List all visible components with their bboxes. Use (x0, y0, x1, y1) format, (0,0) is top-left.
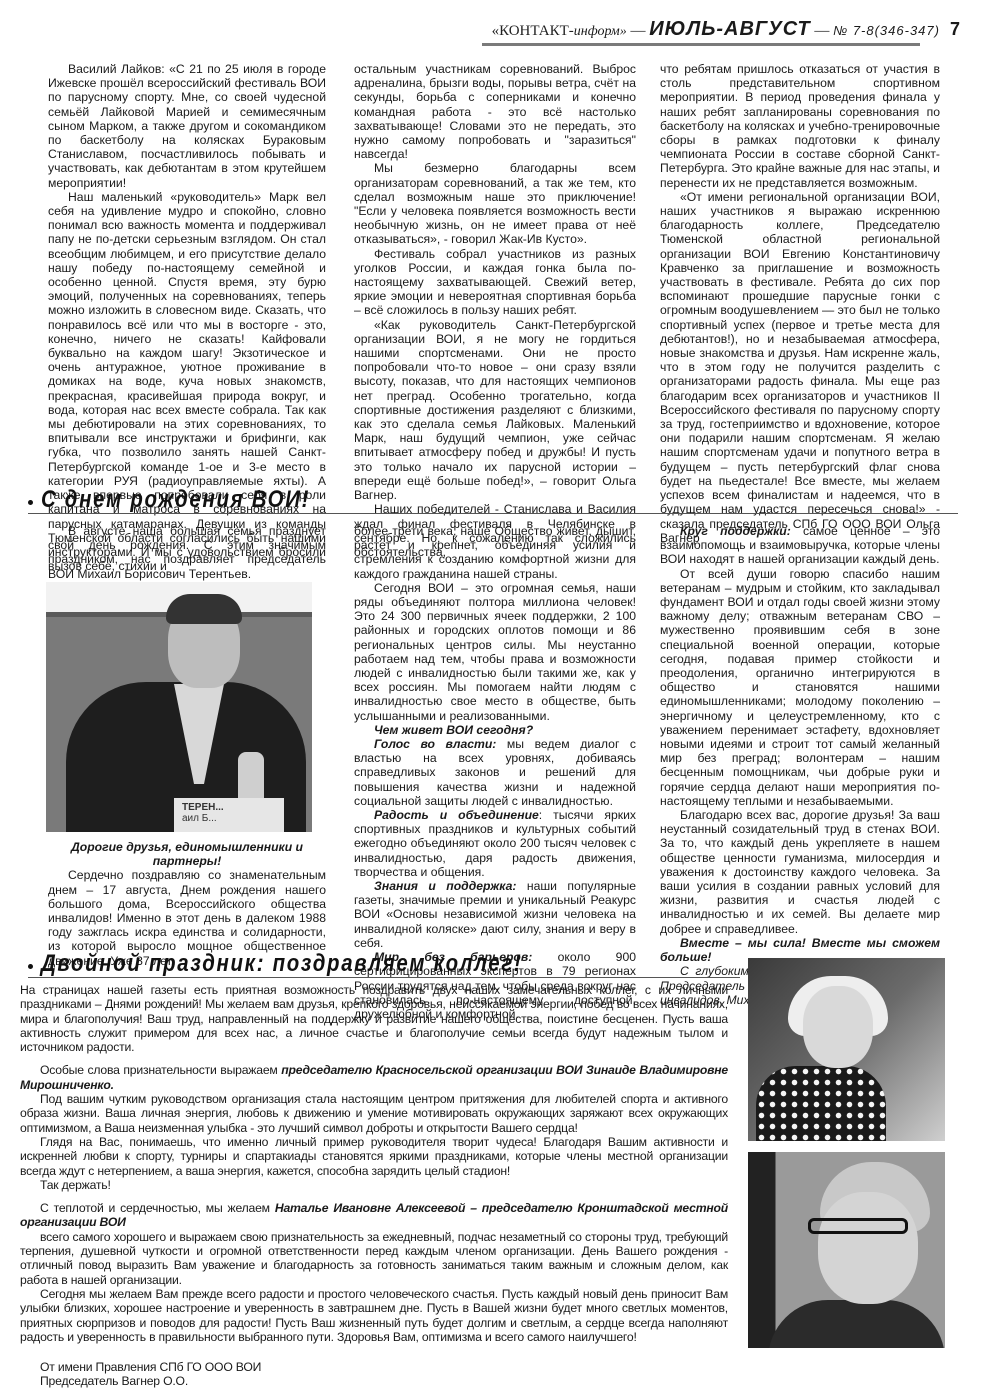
article3-paragraph: Так держать! (20, 1178, 728, 1192)
signature-line: Председатель Вагнер О.О. (20, 1374, 728, 1388)
article1-paragraph: Василий Лайков: «С 21 по 25 июля в город… (48, 62, 326, 190)
article2-column-1: В августе наша большая семья празднует с… (48, 524, 326, 581)
article1-paragraph: Фестиваль собрал участников из разных уг… (354, 247, 636, 318)
bullet-icon (28, 964, 33, 969)
article3-paragraph: Сегодня мы желаем Вам прежде всего радос… (20, 1287, 728, 1344)
photo-figure (818, 1192, 918, 1304)
article2-paragraph: От всей души говорю спасибо нашим ветера… (660, 567, 940, 808)
masthead-rule (482, 43, 920, 46)
article2-list-item: Радость и объединение: тысячи ярких спор… (354, 808, 636, 879)
masthead-dash: — (627, 23, 650, 39)
photo-figure (166, 594, 242, 624)
article2-paragraph: Благодарю всех вас, дорогие друзья! За в… (660, 808, 940, 936)
list-item-label: Голос во власти: (374, 737, 496, 751)
paper-name-script: информ» (574, 24, 627, 39)
glasses-icon (808, 1218, 908, 1234)
article2-paragraph: Сегодня ВОИ – это огромная семья, наши р… (354, 581, 636, 723)
photo-figure (768, 1300, 945, 1348)
article3-paragraph: На страницах нашей газеты есть приятная … (20, 983, 728, 1054)
article3-paragraph: всего самого хорошего и выражаем свою пр… (20, 1230, 728, 1287)
paragraph-text: С теплотой и сердечностью, мы желаем (40, 1201, 275, 1215)
article1-paragraph: остальным участникам соревнований. Выбро… (354, 62, 636, 161)
placard-text: аил Б... (182, 813, 276, 824)
article2-list-item: Знания и поддержка: наши популярные газе… (354, 879, 636, 950)
masthead-dash: — (811, 23, 834, 39)
photo-figure (756, 1066, 886, 1141)
spacer (20, 1054, 728, 1063)
article1-column-3: что ребятам пришлось отказаться от участ… (660, 62, 940, 545)
article2-column-2: более трети века, наше Общество живет, д… (354, 524, 636, 1021)
article2-column-3: Круг поддержки: самое ценное – это взаим… (660, 524, 940, 1007)
issue-number: № 7-8(346-347) (833, 23, 940, 38)
section-title: С днем рождения ВОИ! (41, 486, 310, 514)
photo-alekseeva (748, 1152, 945, 1348)
section-title: Двойной праздник: поздравляем коллег! (41, 950, 522, 978)
page-number: 7 (950, 19, 960, 39)
article3-paragraph: Особые слова признательности выражаем пр… (20, 1063, 728, 1092)
article2-list-item: Круг поддержки: самое ценное – это взаим… (660, 524, 940, 567)
article1-paragraph: «Как руководитель Санкт-Петербургской ор… (354, 318, 636, 503)
article2-subhead: Чем живет ВОИ сегодня? (354, 723, 636, 737)
placard-text: ТЕРЕН... (182, 802, 276, 813)
section-rule (28, 977, 740, 978)
masthead: «КОНТАКТ-информ» — ИЮЛЬ-АВГУСТ — № 7-8(3… (480, 18, 960, 42)
bullet-icon (28, 500, 33, 505)
article2-intro: В августе наша большая семья празднует с… (48, 524, 326, 581)
article2-list-item: Голос во власти: мы ведем диалог с власт… (354, 737, 636, 808)
photo-figure (803, 986, 873, 1068)
name-placard: ТЕРЕН... аил Б... (174, 798, 284, 832)
signature-line: От имени Правления СПб ГО ООО ВОИ (20, 1360, 728, 1374)
article3-body: На страницах нашей газеты есть приятная … (20, 983, 728, 1389)
article1-column-2: остальным участникам соревнований. Выбро… (354, 62, 636, 559)
paper-name: «КОНТАКТ- (492, 23, 574, 39)
article2-column-1-body: Дорогие друзья, единомышленники и партне… (48, 840, 326, 968)
article3-paragraph: С теплотой и сердечностью, мы желаем Нат… (20, 1201, 728, 1230)
article1-paragraph: Мы безмерно благодарны всем организатора… (354, 161, 636, 246)
list-item-label: Круг поддержки: (680, 524, 791, 538)
article3-paragraph: Под вашим чутким руководством организаци… (20, 1092, 728, 1135)
list-item-label: Радость и объединение (374, 808, 539, 822)
section-rule (28, 513, 958, 514)
spacer (20, 1344, 728, 1360)
article1-paragraph: что ребятам пришлось отказаться от участ… (660, 62, 940, 190)
spacer (20, 1192, 728, 1201)
salutation: Дорогие друзья, единомышленники и партне… (48, 840, 326, 868)
issue-month: ИЮЛЬ-АВГУСТ (649, 18, 810, 40)
list-item-label: Знания и поддержка: (374, 879, 516, 893)
article2-paragraph: более трети века, наше Общество живет, д… (354, 524, 636, 581)
photo-miroshnichenko (748, 958, 945, 1141)
article3-paragraph: Глядя на Вас, понимаешь, что именно личн… (20, 1135, 728, 1178)
paragraph-text: Особые слова признательности выражаем (40, 1063, 281, 1077)
article1-paragraph: «От имени региональной организации ВОИ, … (660, 190, 940, 545)
photo-terentyev: ТЕРЕН... аил Б... (46, 582, 312, 832)
